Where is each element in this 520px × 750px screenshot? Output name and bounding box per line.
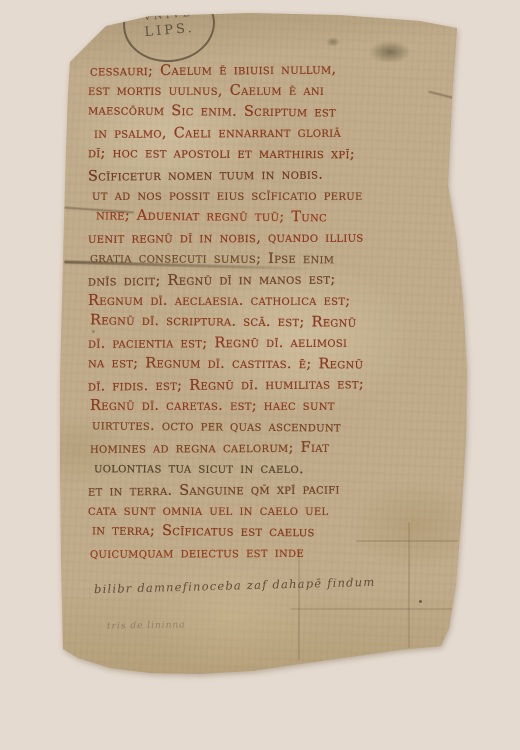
text-line-3: maescōrum Sic enim. Scriptum est [88,100,460,124]
text-line-18: uirtutes. octo per quas ascendunt [92,415,460,439]
ink-speck [452,182,456,186]
text-line-11: dnīs dicit; Regnū dī in manos est; [88,268,460,292]
text-line-21: et in terra. Sanguine qm̄ xpī pacifi [88,478,460,502]
text-line-20: uolontias tua sicut in caelo. [94,458,460,481]
text-line-23: in terra; Scīficatus est caelus [92,520,460,544]
horizontal-fold-line [290,608,454,610]
faint-annotation: tris de lininna [107,620,186,631]
text-line-12: Regnum dī. aeclaesia. catholica est; [88,291,460,312]
text-line-15: na est; Regnum dī. castitas. ē; Regnū [88,353,460,376]
text-line-1: cessauri; Caelum ē ibiuisi nullum, [90,58,460,82]
manuscript-text: cessauri; Caelum ē ibiuisi nullum,est mo… [88,60,460,564]
text-line-4: in psalmo, Caeli ennarrant gloriā [94,122,460,145]
manuscript-photo: VNIVE LIPS. cessauri; Caelum ē ibiuisi n… [0,0,520,750]
ink-speck [419,600,422,603]
text-line-16: dī. fidis. est; Regnū dī. humilitas est; [88,373,460,397]
text-line-2: est mortis uulnus, Caelum ē ani [88,81,460,102]
text-line-10: gratia consecuti sumus; Ipse enim [90,248,460,271]
parchment-leaf: VNIVE LIPS. cessauri; Caelum ē ibiuisi n… [0,0,520,750]
cursive-annotation: bilibr damnefinoceba zaf dahapē findum [94,574,414,596]
text-line-5: dī; hoc est apostoli et marthiris xpī; [88,143,460,166]
text-line-19: homines ad regna caelorum; Fiat [90,437,460,460]
text-line-13: Regnū dī. scriptura. scā. est; Regnū [90,310,460,334]
text-line-6: Scīficetur nomen tuum in nobis. [88,163,460,187]
text-line-17: Regnū dī. caretas. est; haec sunt [90,396,460,417]
library-stamp: VNIVE LIPS. [120,0,218,66]
stamp-text-bottom: LIPS. [144,21,195,40]
text-line-14: dī. pacientia est; Regnū dī. aelimosi [88,332,460,355]
parchment-wrapper: VNIVE LIPS. cessauri; Caelum ē ibiuisi n… [0,0,520,750]
text-line-9: uenit regnū dī in nobis, quando illius [88,227,460,250]
text-line-22: cata sunt omnia uel in caelo uel [88,501,460,522]
text-line-8: nire; Adueniat regnū tuū; Tunc [96,205,460,229]
text-line-7: ut ad nos possit eius scīficatio perue [92,186,460,207]
vertical-fold-line [298,548,300,660]
text-line-24: quicumquam deiectus est inde [90,542,460,565]
